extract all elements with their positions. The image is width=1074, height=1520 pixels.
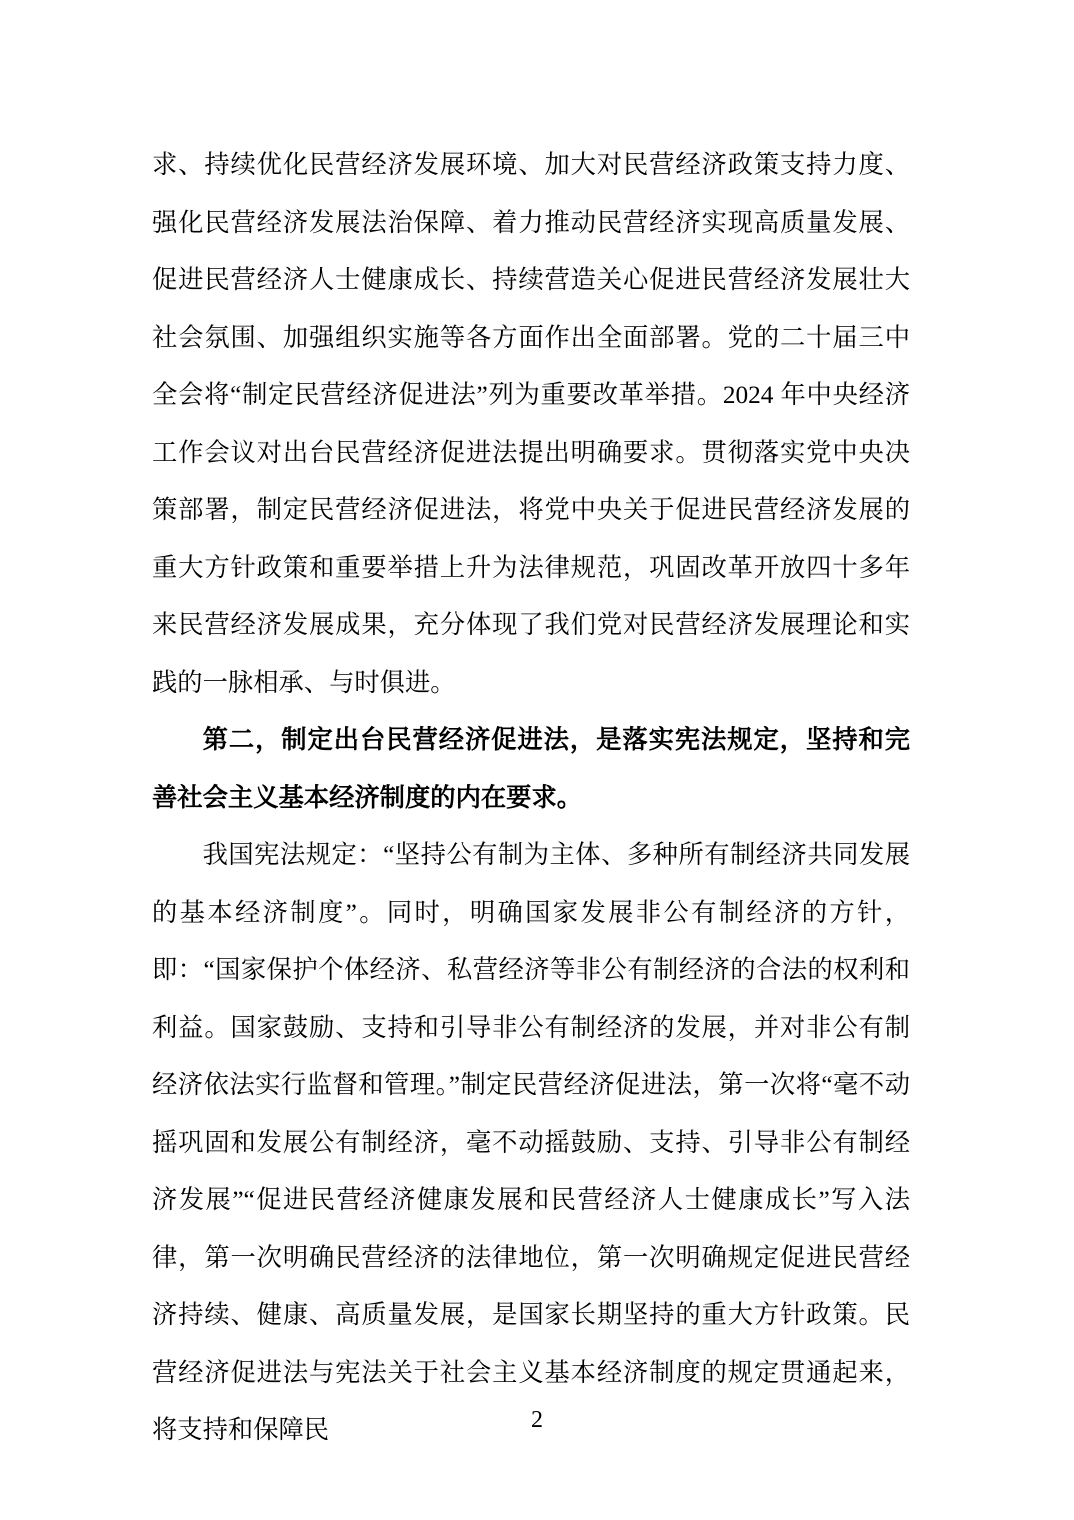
section-heading: 第二，制定出台民营经济促进法，是落实宪法规定，坚持和完善社会主义基本经济制度的内… [152, 712, 910, 827]
document-page: 求、持续优化民营经济发展环境、加大对民营经济政策支持力度、强化民营经济发展法治保… [0, 0, 1074, 1520]
page-number: 2 [0, 1405, 1074, 1435]
document-body: 求、持续优化民营经济发展环境、加大对民营经济政策支持力度、强化民营经济发展法治保… [152, 137, 910, 1460]
paragraph-body: 我国宪法规定：“坚持公有制为主体、多种所有制经济共同发展的基本经济制度”。同时，… [152, 827, 910, 1460]
paragraph-continuation: 求、持续优化民营经济发展环境、加大对民营经济政策支持力度、强化民营经济发展法治保… [152, 137, 910, 712]
